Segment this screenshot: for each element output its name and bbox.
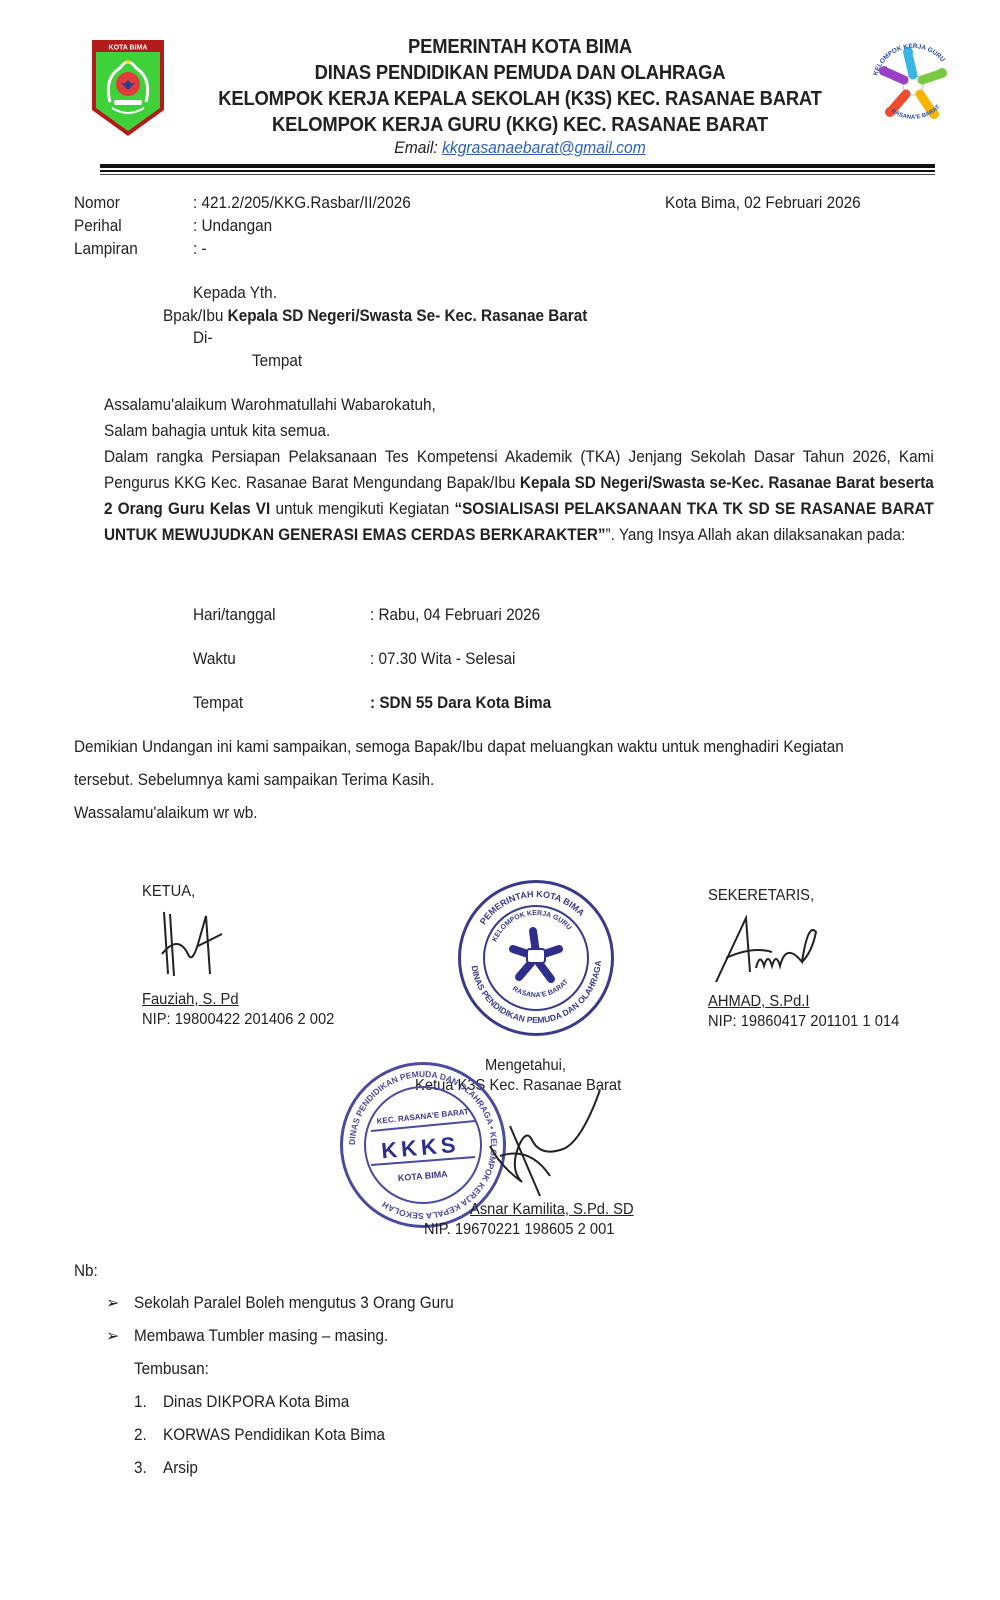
letterhead-line-2: DINAS PENDIDIKAN PEMUDA DAN OLAHRAGA <box>189 60 851 86</box>
recipient-line-3: Di- <box>193 327 213 349</box>
detail-label-place: Tempat <box>193 692 243 714</box>
sekretaris-signature-icon <box>712 912 832 987</box>
nomor-value: : 421.2/205/KKG.Rasbar/II/2026 <box>193 192 411 214</box>
svg-text:RASANA'E BARAT: RASANA'E BARAT <box>511 978 570 999</box>
body-text-e: ”. Yang Insya Allah akan dilaksanakan pa… <box>606 525 906 544</box>
note-item-2: Membawa Tumbler masing – masing. <box>134 1325 388 1347</box>
arrow-bullet-icon: ➢ <box>106 1326 119 1346</box>
detail-label-date: Hari/tanggal <box>193 604 276 626</box>
recipient-prefix: Bpak/Ibu <box>163 306 228 325</box>
recipient-line-2: Bpak/Ibu Kepala SD Negeri/Swasta Se- Kec… <box>163 305 587 327</box>
tembusan-item-3: Arsip <box>163 1457 198 1479</box>
tembusan-item-1: Dinas DIKPORA Kota Bima <box>163 1391 349 1413</box>
letterhead-line-3: KELOMPOK KERJA KEPALA SEKOLAH (K3S) KEC.… <box>189 86 851 112</box>
body-text-c: untuk mengikuti Kegiatan <box>270 499 454 518</box>
letterhead-line-4: KELOMPOK KERJA GURU (KKG) KEC. RASANAE B… <box>189 112 851 138</box>
detail-label-time: Waktu <box>193 648 236 670</box>
lampiran-value: : - <box>193 238 207 260</box>
closing-line-3: Wassalamu'alaikum wr wb. <box>74 802 257 824</box>
lampiran-label: Lampiran <box>74 238 138 260</box>
email-link[interactable]: kkgrasanaebarat@gmail.com <box>442 138 646 157</box>
letterhead-rule-mid <box>100 170 935 172</box>
place-date: Kota Bima, 02 Februari 2026 <box>665 192 861 214</box>
ketua-title: KETUA, <box>142 882 195 902</box>
kkg-logo-icon: KELOMPOK KERJA GURU RASANA'E BARAT <box>868 40 958 130</box>
mengetahui-signature-icon <box>470 1086 610 1206</box>
letterhead-line-1: PEMERINTAH KOTA BIMA <box>189 34 851 60</box>
svg-text:KOTA BIMA: KOTA BIMA <box>109 45 148 52</box>
svg-text:PEMERINTAH KOTA BIMA: PEMERINTAH KOTA BIMA <box>478 889 587 927</box>
salam: Salam bahagia untuk kita semua. <box>104 420 330 442</box>
tembusan-num-1: 1. <box>134 1391 147 1413</box>
tembusan-num-3: 3. <box>134 1457 147 1479</box>
detail-value-place: : SDN 55 Dara Kota Bima <box>370 692 551 714</box>
tembusan-num-2: 2. <box>134 1424 147 1446</box>
arrow-bullet-icon: ➢ <box>106 1293 119 1313</box>
ketua-name: Fauziah, S. Pd <box>142 990 239 1010</box>
recipient-name: Kepala SD Negeri/Swasta Se- Kec. Rasanae… <box>228 306 588 325</box>
recipient-line-1: Kepada Yth. <box>193 282 277 304</box>
letterhead-text: PEMERINTAH KOTA BIMA DINAS PENDIDIKAN PE… <box>160 34 880 158</box>
perihal-label: Perihal <box>74 215 122 237</box>
svg-text:KOTA BIMA: KOTA BIMA <box>397 1169 448 1183</box>
mengetahui-nip: NIP. 19670221 198605 2 001 <box>424 1220 614 1240</box>
sekretaris-nip: NIP: 19860417 201101 1 014 <box>708 1012 899 1032</box>
nomor-label: Nomor <box>74 192 120 214</box>
sekretaris-title: SEKERETARIS, <box>708 886 814 906</box>
body-paragraph: Dalam rangka Persiapan Pelaksanaan Tes K… <box>104 444 934 548</box>
closing-line-1: Demikian Undangan ini kami sampaikan, se… <box>74 736 844 758</box>
kota-bima-emblem-icon: KOTA BIMA <box>90 38 166 138</box>
greeting: Assalamu'alaikum Warohmatullahi Wabaroka… <box>104 394 436 416</box>
letterhead-email: Email: kkgrasanaebarat@gmail.com <box>189 138 851 158</box>
letterhead-rule-thick <box>100 164 935 168</box>
ketua-nip: NIP: 19800422 201406 2 002 <box>142 1010 334 1030</box>
letterhead-rule-thin <box>100 174 935 175</box>
recipient-line-4: Tempat <box>252 350 302 372</box>
tembusan-label: Tembusan: <box>134 1358 209 1380</box>
tembusan-item-2: KORWAS Pendidikan Kota Bima <box>163 1424 385 1446</box>
detail-value-time: : 07.30 Wita - Selesai <box>370 648 515 670</box>
perihal-value: : Undangan <box>193 215 272 237</box>
kkg-stamp-icon: PEMERINTAH KOTA BIMA DINAS PENDIDIKAN PE… <box>458 880 614 1036</box>
closing-line-2: tersebut. Sebelumnya kami sampaikan Teri… <box>74 769 434 791</box>
email-label: Email: <box>394 138 437 157</box>
mengetahui-name: Asnar Kamilita, S.Pd. SD <box>470 1200 634 1220</box>
ketua-signature-icon <box>158 904 228 984</box>
notes-label: Nb: <box>74 1260 98 1282</box>
detail-value-date: : Rabu, 04 Februari 2026 <box>370 604 540 626</box>
sekretaris-name: AHMAD, S.Pd.I <box>708 992 809 1012</box>
note-item-1: Sekolah Paralel Boleh mengutus 3 Orang G… <box>134 1292 454 1314</box>
